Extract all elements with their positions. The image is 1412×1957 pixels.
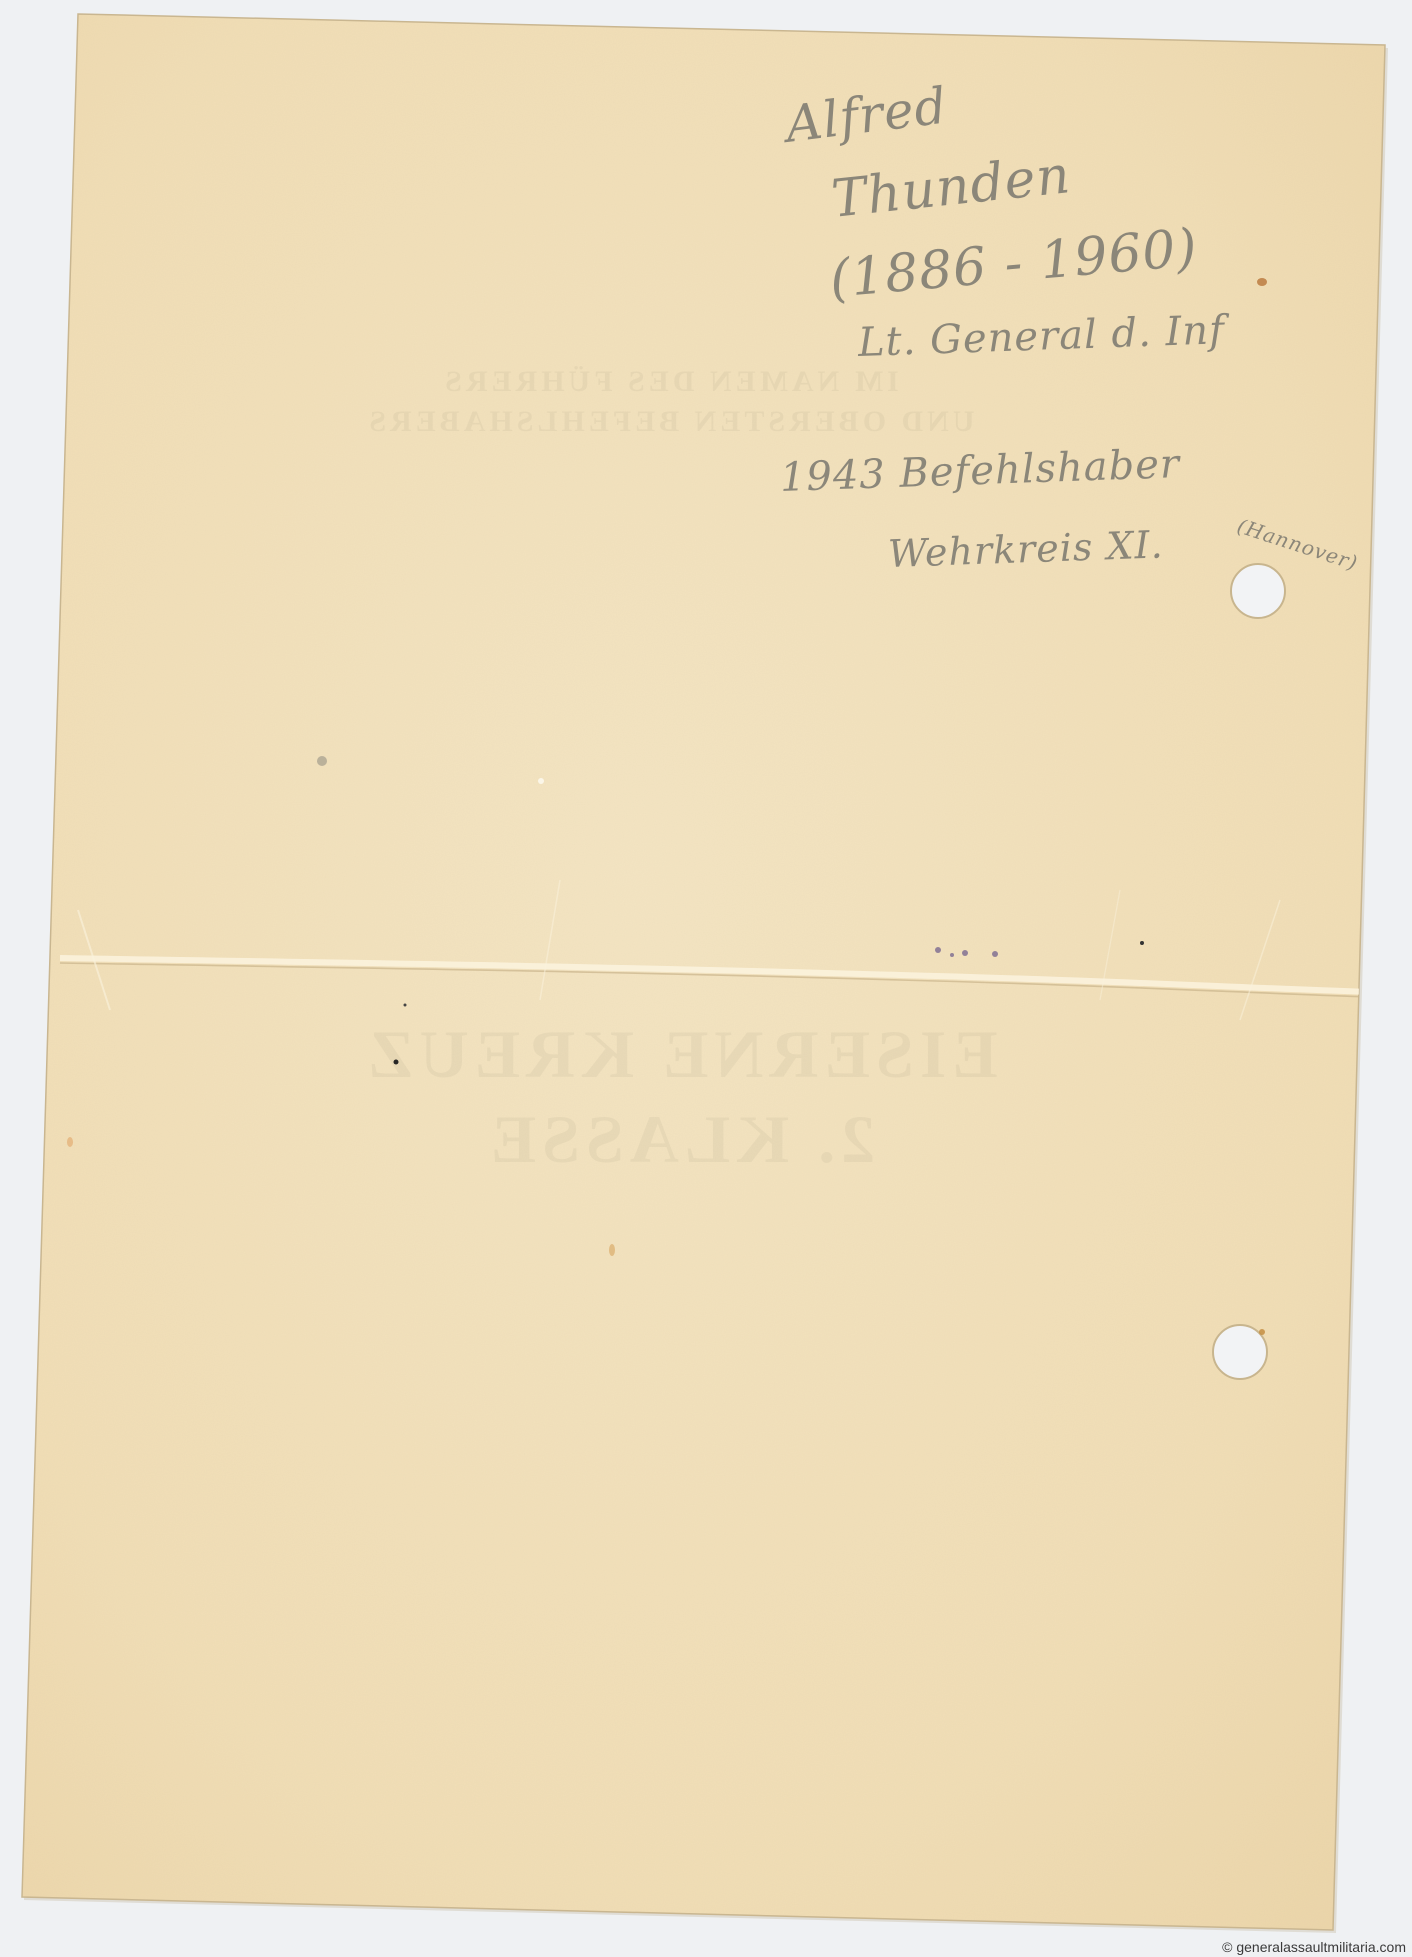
show-through-line-2: UND OBERSTEN BEFEHLSHABERS xyxy=(290,405,1050,439)
show-through-line-1: IM NAMEN DES FÜHRERS xyxy=(290,365,1050,399)
paper-sheet xyxy=(0,0,1412,1957)
show-through-line-4: 2. KLASSE xyxy=(330,1100,1030,1179)
copyright-credit: © generalassaultmilitaria.com xyxy=(1222,1939,1406,1955)
scan-stage: IM NAMEN DES FÜHRERS UND OBERSTEN BEFEHL… xyxy=(0,0,1412,1957)
show-through-line-3: EISERNE KREUZ xyxy=(330,1015,1030,1094)
